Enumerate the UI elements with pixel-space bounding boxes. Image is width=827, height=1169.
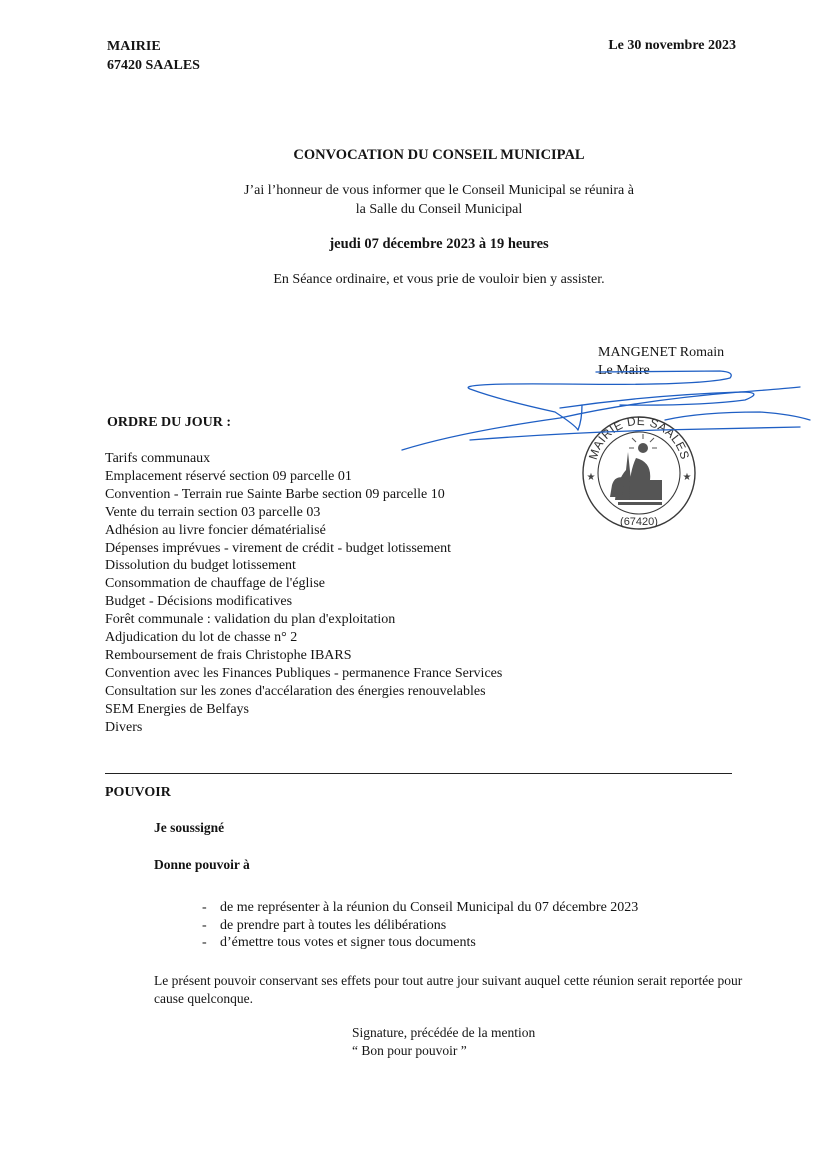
signature-mention-line-2: “ Bon pour pouvoir ” xyxy=(352,1042,535,1060)
intro-line-1: J’ai l’honneur de vous informer que le C… xyxy=(0,181,827,200)
list-item: Budget - Décisions modificatives xyxy=(105,593,502,611)
star-icon: ★ xyxy=(587,472,596,483)
document-date: Le 30 novembre 2023 xyxy=(608,38,736,54)
list-item: Dépenses imprévues - virement de crédit … xyxy=(105,540,502,558)
list-item: Convention avec les Finances Publiques -… xyxy=(105,665,502,683)
proxy-gives-label: Donne pouvoir à xyxy=(154,857,250,873)
list-item: SEM Energies de Belfays xyxy=(105,701,502,719)
star-icon: ★ xyxy=(683,472,692,483)
document-title: CONVOCATION DU CONSEIL MUNICIPAL xyxy=(0,147,827,164)
list-item: Tarifs communaux xyxy=(105,450,502,468)
proxy-note: Le présent pouvoir conservant ses effets… xyxy=(154,972,754,1008)
signature-mention: Signature, précédée de la mention “ Bon … xyxy=(352,1024,535,1060)
stamp-text: MAIRIE DE SAALES xyxy=(586,414,692,461)
intro-line-2: la Salle du Conseil Municipal xyxy=(0,200,827,219)
signature-mention-line-1: Signature, précédée de la mention xyxy=(352,1024,535,1042)
sun-rays-icon xyxy=(629,434,657,448)
proxy-undersigned-label: Je soussigné xyxy=(154,820,224,836)
list-item: Dissolution du budget lotissement xyxy=(105,557,502,575)
marianne-emblem-icon xyxy=(610,443,662,505)
org-address: 67420 SAALES xyxy=(107,56,200,75)
mayor-title: Le Maire xyxy=(598,363,650,379)
list-item: Remboursement de frais Christophe IBARS xyxy=(105,647,502,665)
list-item: - d’émettre tous votes et signer tous do… xyxy=(202,934,638,952)
list-item: Adjudication du lot de chasse n° 2 xyxy=(105,629,502,647)
stamp-code: (67420) xyxy=(620,516,658,528)
list-item: Forêt communale : validation du plan d'e… xyxy=(105,611,502,629)
section-divider xyxy=(105,773,732,774)
list-item: Convention - Terrain rue Sainte Barbe se… xyxy=(105,486,502,504)
org-name: MAIRIE xyxy=(107,37,200,56)
bullet-dash: - xyxy=(202,917,220,935)
agenda-list: Tarifs communaux Emplacement réservé sec… xyxy=(105,450,502,737)
list-item: Divers xyxy=(105,719,502,737)
list-item: Adhésion au livre foncier dématérialisé xyxy=(105,522,502,540)
agenda-title: ORDRE DU JOUR : xyxy=(107,415,231,431)
list-item: - de prendre part à toutes les délibérat… xyxy=(202,917,638,935)
bullet-text: de me représenter à la réunion du Consei… xyxy=(220,899,638,917)
list-item: Emplacement réservé section 09 parcelle … xyxy=(105,468,502,486)
proxy-bullet-list: - de me représenter à la réunion du Cons… xyxy=(202,899,638,952)
list-item: Consommation de chauffage de l'église xyxy=(105,575,502,593)
list-item: Vente du terrain section 03 parcelle 03 xyxy=(105,504,502,522)
bullet-text: de prendre part à toutes les délibératio… xyxy=(220,917,446,935)
list-item: Consultation sur les zones d'accélaratio… xyxy=(105,683,502,701)
bullet-text: d’émettre tous votes et signer tous docu… xyxy=(220,934,476,952)
meeting-datetime: jeudi 07 décembre 2023 à 19 heures xyxy=(0,236,827,253)
mayor-name: MANGENET Romain xyxy=(598,345,724,361)
mairie-header: MAIRIE 67420 SAALES xyxy=(107,37,200,75)
session-type: En Séance ordinaire, et vous prie de vou… xyxy=(0,272,827,288)
list-item: - de me représenter à la réunion du Cons… xyxy=(202,899,638,917)
proxy-title: POUVOIR xyxy=(105,785,171,801)
bullet-dash: - xyxy=(202,934,220,952)
intro-paragraph: J’ai l’honneur de vous informer que le C… xyxy=(0,181,827,219)
bullet-dash: - xyxy=(202,899,220,917)
